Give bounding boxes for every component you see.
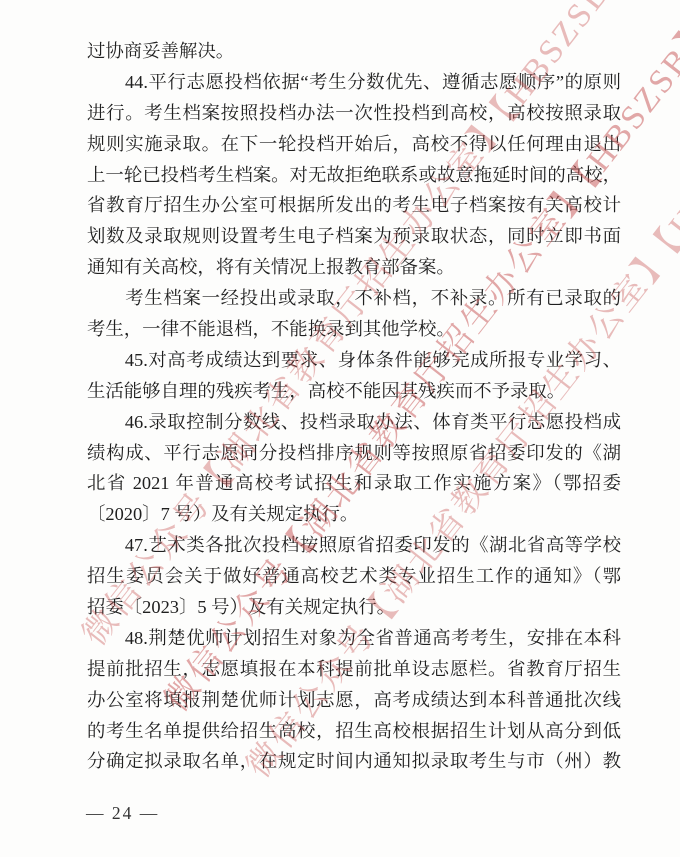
document-body: 过协商妥善解决。 44.平行志愿投档依据“考生分数优先、遵循志愿顺序”的原则 进…: [87, 36, 621, 777]
text-line: 进行。考生档案按照投档办法一次性投档到高校，高校按照录取: [87, 98, 621, 129]
text-line: 的考生名单提供给招生高校，招生高校根据招生计划从高分到低: [87, 716, 621, 747]
text-line: 招生委员会关于做好普通高校艺术类专业招生工作的通知》（鄂: [87, 561, 621, 592]
text-line: 划数及录取规则设置考生电子档案为预录取状态，同时立即书面: [87, 221, 621, 252]
text-line: 分确定拟录取名单，在规定时间内通知拟录取考生与市（州）教: [87, 746, 621, 777]
text-line: 提前批招生，志愿填报在本科提前批单设志愿栏。省教育厅招生: [87, 654, 621, 685]
text-line: 考生档案一经投出或录取，不补档，不补录。所有已录取的: [87, 283, 621, 314]
text-line: 生活能够自理的残疾考生，高校不能因其残疾而不予录取。: [87, 376, 621, 407]
text-line: 绩构成、平行志愿同分投档排序规则等按照原省招委印发的《湖: [87, 438, 621, 469]
document-page: 过协商妥善解决。 44.平行志愿投档依据“考生分数优先、遵循志愿顺序”的原则 进…: [0, 0, 680, 857]
text-line: 46.录取控制分数线、投档录取办法、体育类平行志愿投档成: [87, 407, 621, 438]
text-line: 48.荆楚优师计划招生对象为全省普通高考考生，安排在本科: [87, 623, 621, 654]
text-line: 规则实施录取。在下一轮投档开始后，高校不得以任何理由退出: [87, 129, 621, 160]
text-line: 47.艺术类各批次投档按照原省招委印发的《湖北省高等学校: [87, 530, 621, 561]
page-background: { "page": { "background_color": "#fdfdfc…: [0, 0, 680, 857]
text-line: 招委〔2023〕5 号）及有关规定执行。: [87, 592, 621, 623]
text-line: 通知有关高校，将有关情况上报教育部备案。: [87, 252, 621, 283]
text-line: 45.对高考成绩达到要求、身体条件能够完成所报专业学习、: [87, 345, 621, 376]
text-line: 44.平行志愿投档依据“考生分数优先、遵循志愿顺序”的原则: [87, 67, 621, 98]
page-number: — 24 —: [86, 803, 159, 824]
text-line: 考生，一律不能退档，不能换录到其他学校。: [87, 314, 621, 345]
text-line: 北省 2021 年普通高校考试招生和录取工作实施方案》（鄂招委: [87, 468, 621, 499]
text-line: 办公室将填报荆楚优师计划志愿，高考成绩达到本科普通批次线: [87, 685, 621, 716]
text-line: 过协商妥善解决。: [87, 36, 621, 67]
text-line: 省教育厅招生办公室可根据所发出的考生电子档案按有关高校计: [87, 190, 621, 221]
text-line: 〔2020〕7 号）及有关规定执行。: [87, 499, 621, 530]
text-line: 上一轮已投档考生档案。对无故拒绝联系或故意拖延时间的高校，: [87, 160, 621, 191]
